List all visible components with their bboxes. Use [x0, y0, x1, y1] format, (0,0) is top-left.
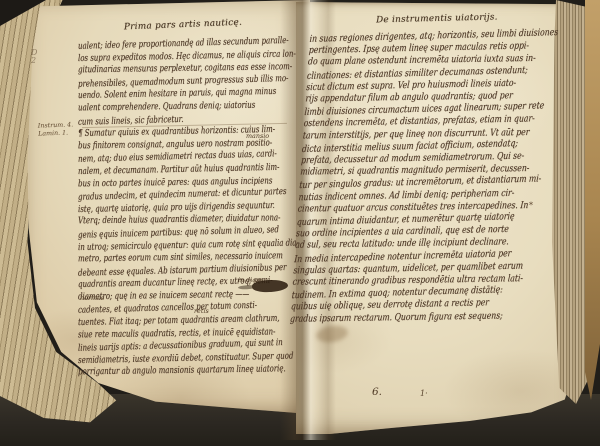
manuscript-photo: Prima pars artis nauticę. De instrumenti…	[0, 0, 600, 446]
folio-number: 6.	[372, 386, 382, 398]
book-cover-edge	[585, 0, 600, 400]
interlinear-correction: retis	[194, 307, 209, 315]
margin-letter-mark: D 2	[31, 49, 37, 65]
side-note-line: Lamin. 1.	[38, 129, 74, 138]
right-page-text: in suas regiones dirigentes, atq; horizo…	[290, 28, 559, 327]
interlinear-correction: normas	[80, 294, 104, 302]
margin-letter-bottom: 2	[31, 57, 37, 65]
side-note: Instrum. 4. Lamin. 1.	[38, 121, 74, 137]
margin-asterisk-mark: *	[529, 201, 533, 210]
signature-mark: 1·	[420, 389, 428, 398]
left-page-text: ualent; ideo fere proportionandę ad illa…	[78, 35, 299, 380]
interlinear-correction: mansio	[246, 132, 269, 140]
